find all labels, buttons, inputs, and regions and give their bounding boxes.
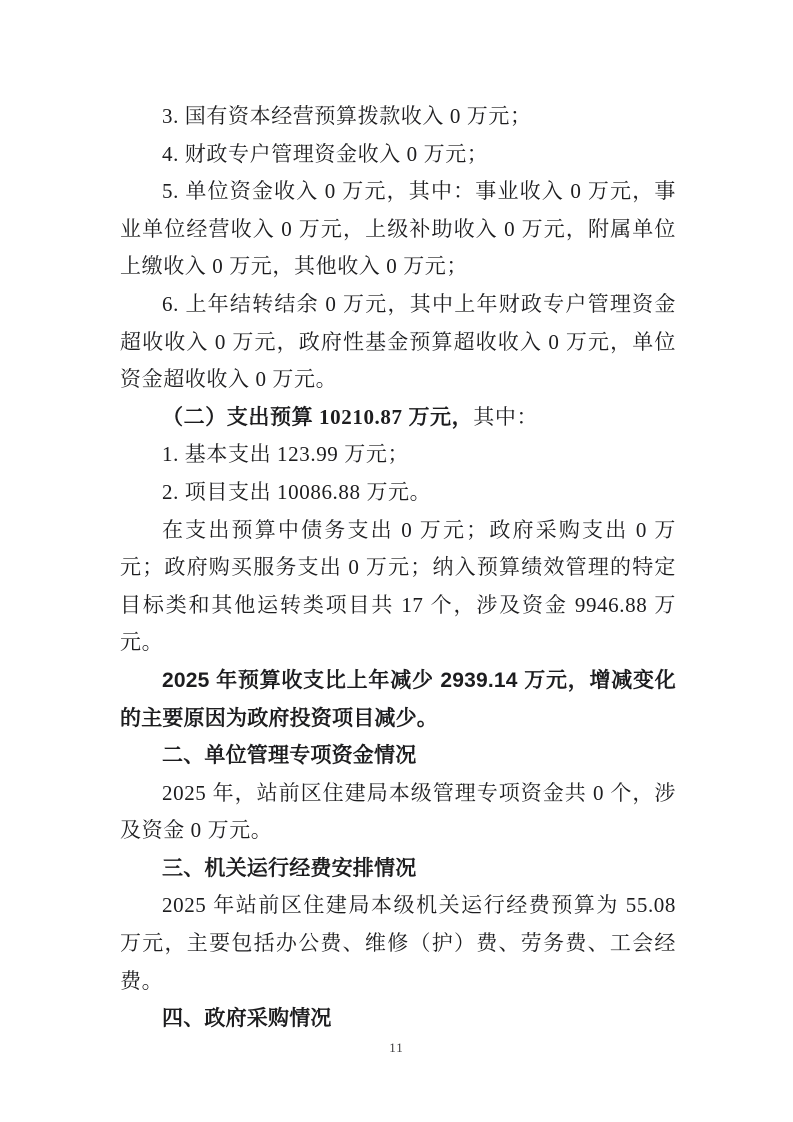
para-budget-change-note: 2025 年预算收支比上年减少 2939.14 万元，增减变化的主要原因为政府投… (120, 662, 676, 737)
para-income-item-3: 3. 国有资本经营预算拨款收入 0 万元； (120, 98, 676, 136)
para-expense-budget-heading: （二）支出预算 10210.87 万元，其中： (120, 399, 676, 437)
heading-section-3: 三、机关运行经费安排情况 (120, 850, 676, 888)
document-page: 3. 国有资本经营预算拨款收入 0 万元； 4. 财政专户管理资金收入 0 万元… (0, 0, 793, 1122)
para-expense-details: 在支出预算中债务支出 0 万元；政府采购支出 0 万元；政府购买服务支出 0 万… (120, 512, 676, 662)
heading-section-4: 四、政府采购情况 (120, 1000, 676, 1038)
expense-budget-lead: （二）支出预算 10210.87 万元， (162, 405, 473, 429)
para-operating-expenses: 2025 年站前区住建局本级机关运行经费预算为 55.08 万元，主要包括办公费… (120, 887, 676, 1000)
para-basic-expense: 1. 基本支出 123.99 万元； (120, 436, 676, 474)
expense-budget-rest: 其中： (473, 405, 538, 429)
para-special-funds: 2025 年，站前区住建局本级管理专项资金共 0 个，涉及资金 0 万元。 (120, 775, 676, 850)
para-project-expense: 2. 项目支出 10086.88 万元。 (120, 474, 676, 512)
para-income-item-6: 6. 上年结转结余 0 万元，其中上年财政专户管理资金超收收入 0 万元，政府性… (120, 286, 676, 399)
page-number: 11 (0, 1040, 793, 1056)
para-income-item-5: 5. 单位资金收入 0 万元，其中：事业收入 0 万元，事业单位经营收入 0 万… (120, 173, 676, 286)
para-income-item-4: 4. 财政专户管理资金收入 0 万元； (120, 136, 676, 174)
heading-section-2: 二、单位管理专项资金情况 (120, 737, 676, 775)
document-body: 3. 国有资本经营预算拨款收入 0 万元； 4. 财政专户管理资金收入 0 万元… (120, 98, 676, 1038)
